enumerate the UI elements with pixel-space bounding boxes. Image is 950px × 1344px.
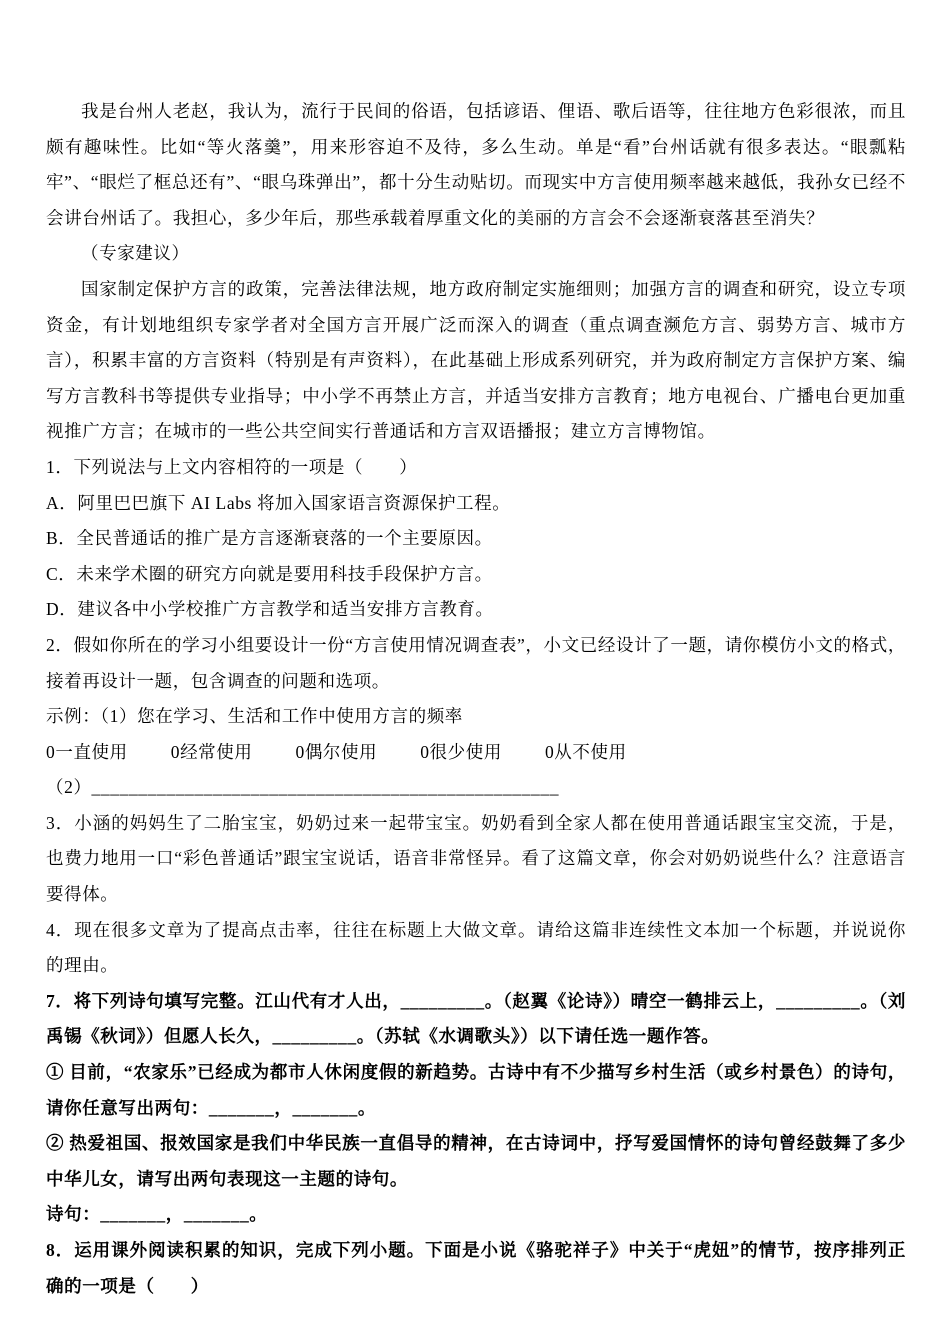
question-2: 2．假如你所在的学习小组要设计一份“方言使用情况调查表”，小文已经设计了一题，请… bbox=[46, 628, 906, 699]
survey-option-never: 0从不使用 bbox=[545, 735, 627, 771]
question-8: 8．运用课外阅读积累的知识，完成下列小题。下面是小说《骆驼祥子》中关于“虎妞”的… bbox=[46, 1233, 906, 1304]
question-7-sub-1: ① 目前，“农家乐”已经成为都市人休闲度假的新趋势。古诗中有不少描写乡村生活（或… bbox=[46, 1055, 906, 1126]
exam-document-page: 我是台州人老赵，我认为，流行于民间的俗语，包括谚语、俚语、歌后语等，往往地方色彩… bbox=[0, 0, 950, 1344]
question-1: 1．下列说法与上文内容相符的一项是（ ） bbox=[46, 450, 906, 486]
question-1-option-c: C．未来学术圈的研究方向就是要用科技手段保护方言。 bbox=[46, 557, 906, 593]
question-7: 7．将下列诗句填写完整。江山代有才人出，_________。（赵翼《论诗》）晴空… bbox=[46, 984, 906, 1055]
question-1-option-a: A．阿里巴巴旗下 AI Labs 将加入国家语言资源保护工程。 bbox=[46, 486, 906, 522]
expert-advice-paragraph: 国家制定保护方言的政策，完善法律法规，地方政府制定实施细则；加强方言的调查和研究… bbox=[46, 272, 906, 450]
survey-option-rarely: 0很少使用 bbox=[420, 735, 502, 771]
intro-paragraph: 我是台州人老赵，我认为，流行于民间的俗语，包括谚语、俚语、歌后语等，往往地方色彩… bbox=[46, 94, 906, 236]
question-7-verse-blank-line: 诗句：_______，_______。 bbox=[46, 1197, 906, 1233]
question-1-option-b: B．全民普通话的推广是方言逐渐衰落的一个主要原因。 bbox=[46, 521, 906, 557]
question-2-example: 示例：（1）您在学习、生活和工作中使用方言的频率 bbox=[46, 699, 906, 735]
survey-option-occasionally: 0偶尔使用 bbox=[295, 735, 377, 771]
question-4: 4．现在很多文章为了提高点击率，往往在标题上大做文章。请给这篇非连续性文本加一个… bbox=[46, 913, 906, 984]
question-7-sub-2: ② 热爱祖国、报效国家是我们中华民族一直倡导的精神，在古诗词中，抒写爱国情怀的诗… bbox=[46, 1126, 906, 1197]
blank-item-2: （2）_____________________________________… bbox=[46, 770, 906, 806]
survey-option-often: 0经常使用 bbox=[171, 735, 253, 771]
survey-options-row: 0一直使用 0经常使用 0偶尔使用 0很少使用 0从不使用 bbox=[46, 735, 906, 771]
survey-option-always: 0一直使用 bbox=[46, 735, 128, 771]
expert-advice-header: （专家建议） bbox=[46, 236, 906, 272]
question-3: 3．小涵的妈妈生了二胎宝宝，奶奶过来一起带宝宝。奶奶看到全家人都在使用普通话跟宝… bbox=[46, 806, 906, 913]
question-1-option-d: D．建议各中小学校推广方言教学和适当安排方言教育。 bbox=[46, 592, 906, 628]
